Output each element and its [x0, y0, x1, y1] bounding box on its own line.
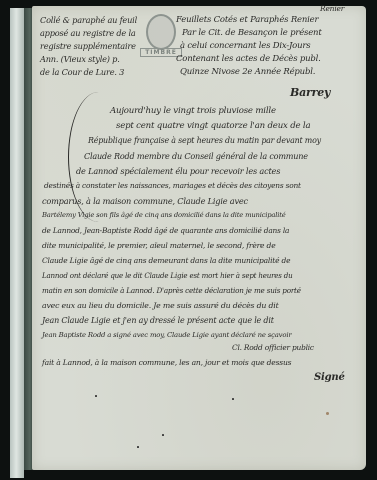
margin-note-line-3: registre supplémentaire [40, 40, 136, 53]
stamp-oval-icon [146, 14, 176, 50]
marginal-name-barrey: Barrey [290, 86, 330, 99]
header-line-5: Quinze Nivose 2e Année Républ. [180, 66, 315, 79]
closing-signe: Signé [314, 372, 345, 383]
body-line-9: de Lannod, Jean-Baptiste Rodd âgé de qua… [42, 226, 289, 235]
header-line-1: Feuillets Cotés et Paraphés Renier [176, 14, 318, 27]
body-line-11: Claude Ligie âgé de cinq ans demeurant d… [42, 256, 290, 265]
body-line-5: de Lannod spécialement élu pour recevoir… [76, 166, 280, 176]
document-page: Collé & paraphé au feuil apposé au regis… [32, 6, 366, 470]
body-line-10: dite municipalité, le premier, aïeul mat… [42, 241, 276, 250]
margin-note-line-5: de la Cour de Lure. 3 [40, 66, 124, 79]
body-line-1: Aujourd'huy le vingt trois pluviose mill… [110, 106, 276, 116]
body-line-16: Jean Baptiste Rodd a signé avec moy, Cla… [42, 331, 291, 339]
body-line-4: Claude Rodd membre du Conseil général de… [84, 151, 308, 161]
body-line-15: Jean Claude Ligie et j'en ay dressé le p… [42, 316, 274, 325]
header-annotation: Renier [320, 4, 344, 13]
body-line-6: destinés à constater les naissances, mar… [44, 181, 301, 190]
paper-stain [326, 412, 329, 415]
header-line-2: Par le Cit. de Besançon le présent [182, 27, 322, 40]
body-line-13: matin en son domicile à Lannod. D'après … [42, 286, 301, 295]
margin-note-line-1: Collé & paraphé au feuil [40, 14, 137, 27]
officer-signature: Cl. Rodd officier public [232, 343, 314, 352]
body-line-8: Bartélemy Vigie son fils âgé de cinq ans… [42, 211, 286, 219]
body-line-14: avec eux au lieu du domicile. Je me suis… [42, 301, 279, 310]
body-line-12: Lannod ont déclaré que le dit Claude Lig… [42, 271, 293, 280]
body-line-7: comparus, à la maison commune, Claude Li… [42, 196, 248, 206]
book-binding-edge [10, 8, 24, 478]
tax-stamp-seal: TIMBRE [140, 14, 178, 58]
paper-speck [232, 398, 234, 400]
margin-note-line-2: apposé au registre de la [40, 27, 136, 40]
paper-speck [162, 434, 164, 436]
body-line-2: sept cent quatre vingt quatorze l'an deu… [116, 121, 310, 131]
header-line-3: à celui concernant les Dix-Jours [180, 40, 310, 53]
margin-note-line-4: Ann. (Vieux style) p. [40, 53, 120, 66]
body-line-3: République française à sept heures du ma… [88, 136, 321, 145]
paper-speck [95, 395, 97, 397]
body-line-17: fait à Lannod, à la maison commune, les … [42, 358, 291, 367]
header-line-4: Contenant les actes de Décès publ. [176, 53, 321, 66]
paper-speck [137, 446, 139, 448]
